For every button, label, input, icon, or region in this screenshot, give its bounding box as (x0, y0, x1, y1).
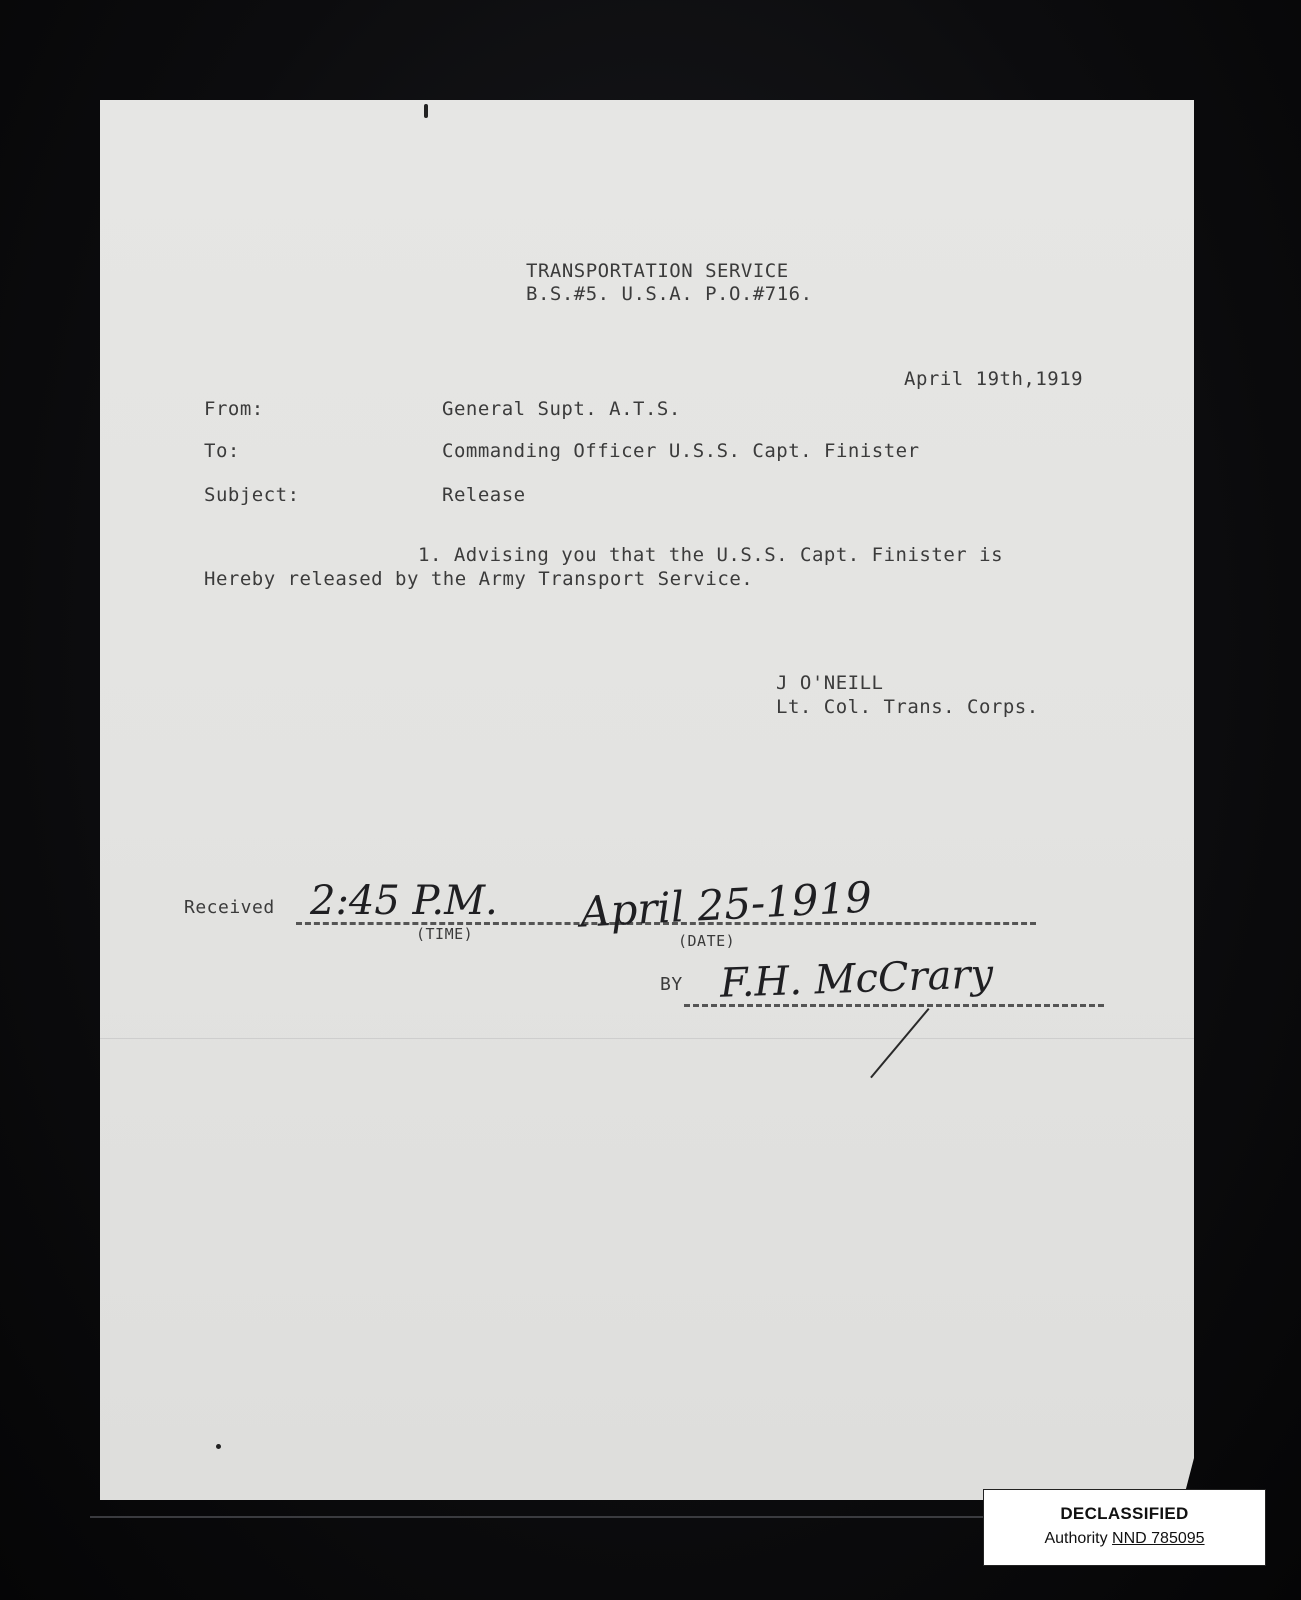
document-page: TRANSPORTATION SERVICE B.S.#5. U.S.A. P.… (100, 100, 1194, 1500)
from-label: From: (204, 398, 264, 420)
stamp-authority: Authority NND 785095 (984, 1530, 1265, 1548)
authority-value: NND 785095 (1112, 1530, 1205, 1547)
authority-label: Authority (1044, 1530, 1107, 1547)
body-line-1: 1. Advising you that the U.S.S. Capt. Fi… (418, 544, 1003, 566)
handwritten-date: April 25-1919 (579, 872, 873, 936)
from-value: General Supt. A.T.S. (442, 398, 681, 420)
subject-label: Subject: (204, 484, 300, 506)
signature-flourish (870, 1008, 929, 1078)
signatory-title: Lt. Col. Trans. Corps. (776, 696, 1039, 718)
time-caption: (TIME) (416, 925, 473, 943)
handwritten-signature: F.H. McCrary (719, 951, 994, 1007)
declassified-stamp: DECLASSIFIED Authority NND 785095 (983, 1489, 1266, 1566)
to-label: To: (204, 440, 240, 462)
received-label: Received (184, 897, 275, 918)
paper-speck (216, 1444, 221, 1449)
letter-date: April 19th,1919 (904, 368, 1083, 390)
subject-value: Release (442, 484, 526, 506)
fold-line (100, 1038, 1194, 1039)
paper-mark (424, 104, 428, 118)
letterhead-address: B.S.#5. U.S.A. P.O.#716. (526, 283, 813, 305)
by-label: BY (660, 974, 683, 995)
date-caption: (DATE) (678, 932, 735, 950)
handwritten-time: 2:45 P.M. (310, 878, 498, 924)
signatory-name: J O'NEILL (776, 672, 883, 694)
to-value: Commanding Officer U.S.S. Capt. Finister (442, 440, 920, 462)
body-line-2: Hereby released by the Army Transport Se… (204, 568, 753, 590)
letterhead-title: TRANSPORTATION SERVICE (526, 260, 789, 282)
stamp-title: DECLASSIFIED (984, 1504, 1265, 1524)
